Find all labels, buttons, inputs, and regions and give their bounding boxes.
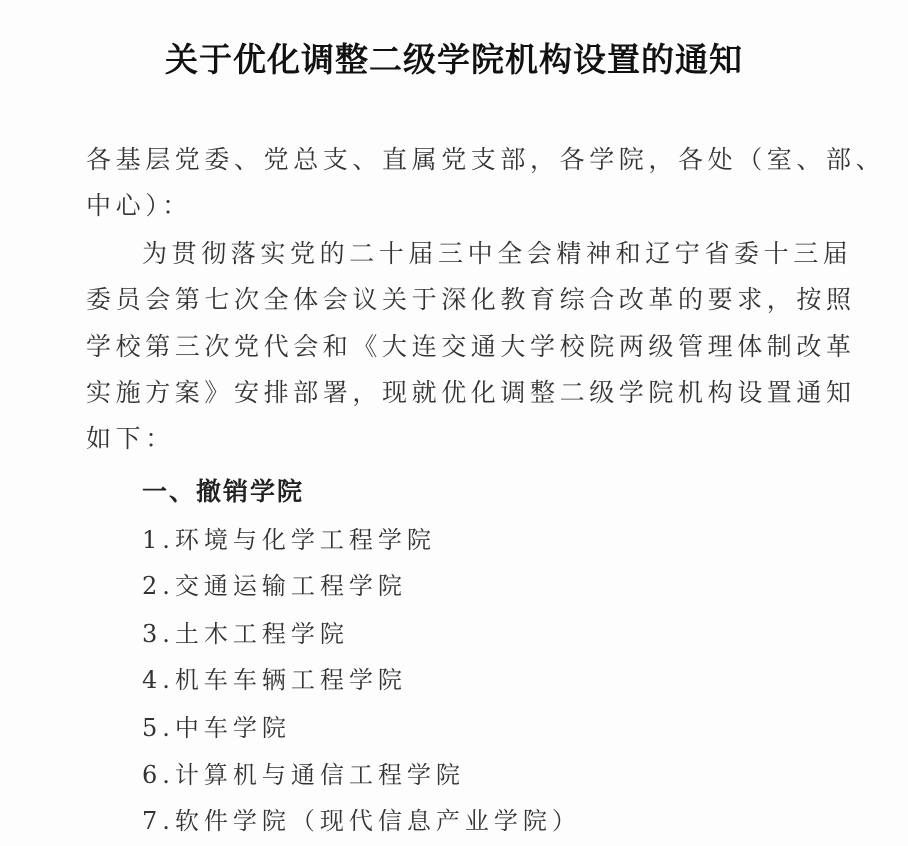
body-line-2: 委员会第七次全体会议关于深化教育综合改革的要求，按照 [86, 284, 856, 316]
list-item: 2.交通运输工程学院 [142, 566, 407, 601]
body-line-3: 学校第三次党代会和《大连交通大学校院两级管理体制改革 [86, 331, 856, 363]
body-line-5: 如下： [86, 423, 175, 455]
body-line-1: 为贯彻落实党的二十届三中全会精神和辽宁省委十三届 [142, 238, 852, 270]
list-item: 4.机车车辆工程学院 [142, 660, 407, 695]
salutation-line-1: 各基层党委、党总支、直属党支部，各学院，各处（室、部、 [86, 144, 885, 176]
document-title: 关于优化调整二级学院机构设置的通知 [0, 34, 908, 81]
section-heading-revoke-colleges: 一、撤销学院 [142, 472, 304, 508]
body-line-4: 实施方案》安排部署，现就优化调整二级学院机构设置通知 [86, 377, 856, 409]
document-page: 关于优化调整二级学院机构设置的通知 各基层党委、党总支、直属党支部，各学院，各处… [0, 0, 908, 846]
list-item: 7.软件学院（现代信息产业学院） [142, 801, 581, 836]
list-item: 5.中车学院 [142, 708, 291, 743]
list-item: 1.环境与化学工程学院 [142, 520, 436, 555]
list-item: 6.计算机与通信工程学院 [142, 755, 465, 790]
list-item: 3.土木工程学院 [142, 614, 349, 649]
salutation-line-2: 中心）： [86, 190, 192, 222]
